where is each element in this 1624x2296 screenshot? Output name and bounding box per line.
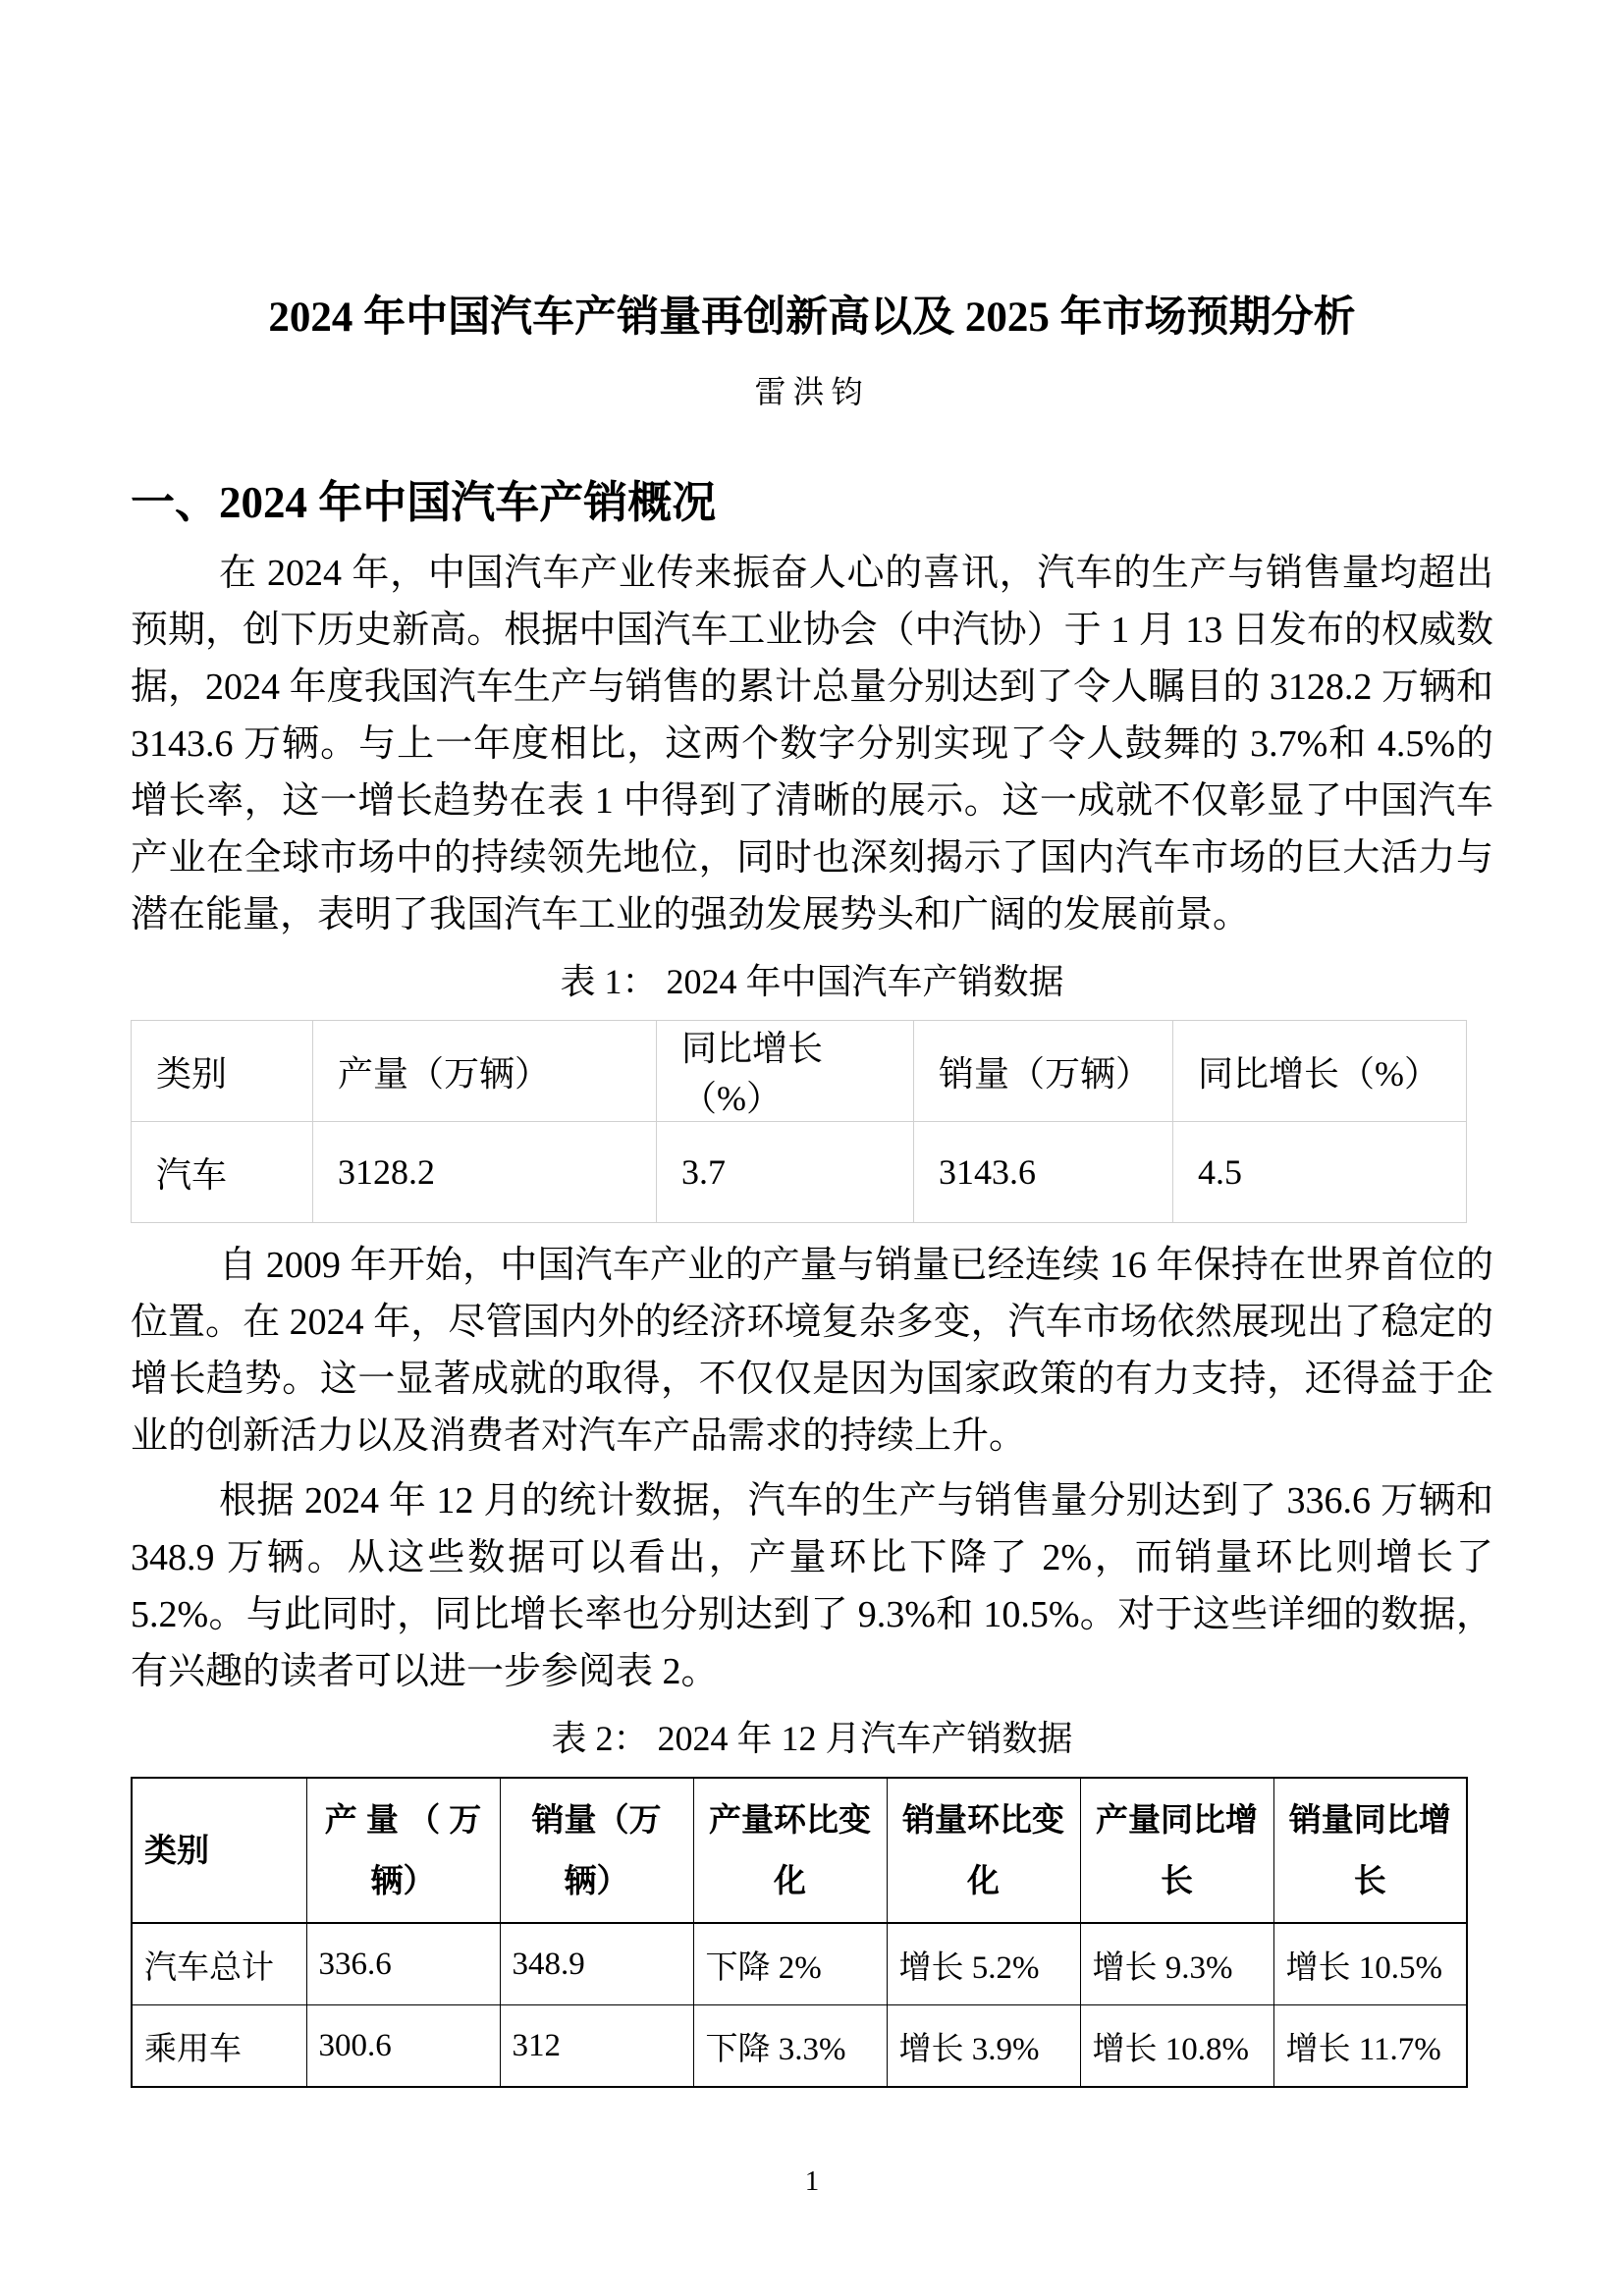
table2-cell-production: 336.6 [306, 1923, 500, 2005]
table2-cell-category: 乘用车 [132, 2005, 306, 2088]
paragraph-overview: 在 2024 年，中国汽车产业传来振奋人心的喜讯，汽车的生产与销售量均超出预期，… [131, 545, 1493, 943]
table2-cell-sales-yoy: 增长 11.7% [1273, 2005, 1467, 2088]
table2-row-total: 汽车总计 336.6 348.9 下降 2% 增长 5.2% 增长 9.3% 增… [132, 1923, 1467, 2005]
table2-cell-production-yoy: 增长 10.8% [1080, 2005, 1273, 2088]
table2-header-row: 类别 产 量 （ 万 辆） 销量（万 辆） 产量环比变 化 销量环比变 化 产量… [132, 1778, 1467, 1923]
table2-cell-sales: 348.9 [500, 1923, 693, 2005]
table2-header-production-yoy: 产量同比增 长 [1080, 1778, 1273, 1923]
table1-cell-category: 汽车 [132, 1122, 313, 1223]
table2-header-sales: 销量（万 辆） [500, 1778, 693, 1923]
document-author: 雷洪钧 [131, 370, 1493, 413]
table1-cell-sales: 3143.6 [914, 1122, 1173, 1223]
table2-cell-sales-mom: 增长 3.9% [887, 2005, 1080, 2088]
table2-cell-production-yoy: 增长 9.3% [1080, 1923, 1273, 2005]
table2-header-category: 类别 [132, 1778, 306, 1923]
table2-december-production-sales: 类别 产 量 （ 万 辆） 销量（万 辆） 产量环比变 化 销量环比变 化 产量… [131, 1777, 1468, 2088]
table1-cell-production: 3128.2 [313, 1122, 657, 1223]
paragraph-december-data: 根据 2024 年 12 月的统计数据，汽车的生产与销售量分别达到了 336.6… [131, 1472, 1493, 1700]
table1-row-auto: 汽车 3128.2 3.7 3143.6 4.5 [132, 1122, 1467, 1223]
table2-cell-production-mom: 下降 3.3% [693, 2005, 887, 2088]
table1-header-production: 产量（万辆） [313, 1021, 657, 1122]
section-heading: 一、2024 年中国汽车产销概况 [131, 474, 1493, 531]
table1-header-category: 类别 [132, 1021, 313, 1122]
table1-header-sales: 销量（万辆） [914, 1021, 1173, 1122]
table2-cell-category: 汽车总计 [132, 1923, 306, 2005]
document-page: 2024 年中国汽车产销量再创新高以及 2025 年市场预期分析 雷洪钧 一、2… [0, 0, 1624, 2296]
table1-cell-production-yoy: 3.7 [657, 1122, 914, 1223]
table1-annual-production-sales: 类别 产量（万辆） 同比增长（%） 销量（万辆） 同比增长（%） 汽车 3128… [131, 1020, 1467, 1223]
table2-cell-sales-mom: 增长 5.2% [887, 1923, 1080, 2005]
table2-cell-production: 300.6 [306, 2005, 500, 2088]
paragraph-world-rank: 自 2009 年开始，中国汽车产业的产量与销量已经连续 16 年保持在世界首位的… [131, 1237, 1493, 1465]
table2-cell-sales: 312 [500, 2005, 693, 2088]
table2-row-passenger: 乘用车 300.6 312 下降 3.3% 增长 3.9% 增长 10.8% 增… [132, 2005, 1467, 2088]
table2-header-sales-mom: 销量环比变 化 [887, 1778, 1080, 1923]
table2-header-sales-yoy: 销量同比增 长 [1273, 1778, 1467, 1923]
table2-caption: 表 2： 2024 年 12 月汽车产销数据 [131, 1710, 1493, 1767]
table1-cell-sales-yoy: 4.5 [1173, 1122, 1467, 1223]
table1-header-production-yoy: 同比增长（%） [657, 1021, 914, 1122]
table1-caption: 表 1： 2024 年中国汽车产销数据 [131, 953, 1493, 1010]
table1-header-sales-yoy: 同比增长（%） [1173, 1021, 1467, 1122]
table2-header-production-mom: 产量环比变 化 [693, 1778, 887, 1923]
table2-cell-sales-yoy: 增长 10.5% [1273, 1923, 1467, 2005]
table2-cell-production-mom: 下降 2% [693, 1923, 887, 2005]
document-title: 2024 年中国汽车产销量再创新高以及 2025 年市场预期分析 [131, 292, 1493, 345]
page-number: 1 [0, 2165, 1624, 2198]
table2-header-production: 产 量 （ 万 辆） [306, 1778, 500, 1923]
table1-header-row: 类别 产量（万辆） 同比增长（%） 销量（万辆） 同比增长（%） [132, 1021, 1467, 1122]
